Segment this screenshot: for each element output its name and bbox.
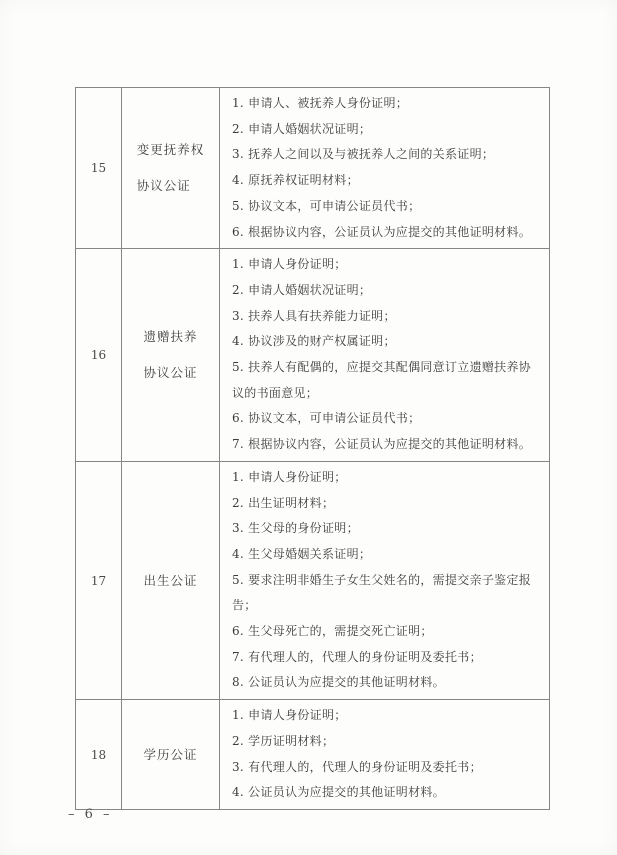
document-page: 15 变更抚养权协议公证 1. 申请人、被抚养人身份证明；2. 申请人婚姻状况证…	[0, 0, 617, 855]
material-item: 1. 申请人身份证明；	[232, 252, 543, 278]
notary-type-line: 变更抚养权	[137, 132, 205, 168]
material-item: 5. 要求注明非婚生子女生父姓名的，需提交亲子鉴定报告；	[232, 568, 543, 619]
notary-type-line: 协议公证	[137, 168, 205, 204]
material-item: 6. 根据协议内容，公证员认为应提交的其他证明材料。	[232, 220, 543, 246]
material-item: 3. 有代理人的，代理人的身份证明及委托书；	[232, 755, 543, 781]
table-row: 16 遗赠扶养协议公证 1. 申请人身份证明；2. 申请人婚姻状况证明；3. 扶…	[76, 249, 550, 462]
material-item: 6. 生父母死亡的，需提交死亡证明；	[232, 619, 543, 645]
notary-type: 出生公证	[122, 461, 220, 699]
material-item: 2. 出生证明材料；	[232, 491, 543, 517]
material-item: 2. 学历证明材料；	[232, 729, 543, 755]
required-materials: 1. 申请人身份证明；2. 学历证明材料；3. 有代理人的，代理人的身份证明及委…	[220, 700, 550, 810]
material-item: 2. 申请人婚姻状况证明；	[232, 117, 543, 143]
required-materials: 1. 申请人身份证明；2. 出生证明材料；3. 生父母的身份证明；4. 生父母婚…	[220, 461, 550, 699]
material-item: 1. 申请人身份证明；	[232, 465, 543, 491]
table-row: 18 学历公证 1. 申请人身份证明；2. 学历证明材料；3. 有代理人的，代理…	[76, 700, 550, 810]
material-item: 3. 抚养人之间以及与被抚养人之间的关系证明；	[232, 142, 543, 168]
material-item: 4. 原抚养权证明材料；	[232, 168, 543, 194]
required-materials: 1. 申请人、被抚养人身份证明；2. 申请人婚姻状况证明；3. 抚养人之间以及与…	[220, 88, 550, 249]
row-number: 17	[76, 461, 122, 699]
page-number: – 6 –	[68, 807, 113, 822]
material-item: 2. 申请人婚姻状况证明；	[232, 278, 543, 304]
row-number: 16	[76, 249, 122, 462]
notarization-requirements-table: 15 变更抚养权协议公证 1. 申请人、被抚养人身份证明；2. 申请人婚姻状况证…	[75, 87, 550, 810]
notary-type-line: 学历公证	[143, 737, 197, 773]
notary-type-line: 遗赠扶养	[143, 319, 197, 355]
material-item: 5. 扶养人有配偶的，应提交其配偶同意订立遗赠扶养协议的书面意见；	[232, 355, 543, 406]
notary-type: 变更抚养权协议公证	[122, 88, 220, 249]
material-item: 6. 协议文本，可申请公证员代书；	[232, 406, 543, 432]
material-item: 5. 协议文本，可申请公证员代书；	[232, 194, 543, 220]
material-item: 3. 扶养人具有扶养能力证明；	[232, 304, 543, 330]
material-item: 8. 公证员认为应提交的其他证明材料。	[232, 670, 543, 696]
material-item: 1. 申请人、被抚养人身份证明；	[232, 91, 543, 117]
notary-type-line: 出生公证	[143, 563, 197, 599]
notary-type-line: 协议公证	[143, 355, 197, 391]
row-number: 18	[76, 700, 122, 810]
table-row: 17 出生公证 1. 申请人身份证明；2. 出生证明材料；3. 生父母的身份证明…	[76, 461, 550, 699]
notary-type: 遗赠扶养协议公证	[122, 249, 220, 462]
row-number: 15	[76, 88, 122, 249]
material-item: 3. 生父母的身份证明；	[232, 516, 543, 542]
material-item: 7. 有代理人的，代理人的身份证明及委托书；	[232, 645, 543, 671]
notary-type: 学历公证	[122, 700, 220, 810]
material-item: 4. 协议涉及的财产权属证明；	[232, 329, 543, 355]
table-row: 15 变更抚养权协议公证 1. 申请人、被抚养人身份证明；2. 申请人婚姻状况证…	[76, 88, 550, 249]
material-item: 4. 公证员认为应提交的其他证明材料。	[232, 780, 543, 806]
required-materials: 1. 申请人身份证明；2. 申请人婚姻状况证明；3. 扶养人具有扶养能力证明；4…	[220, 249, 550, 462]
material-item: 7. 根据协议内容，公证员认为应提交的其他证明材料。	[232, 432, 543, 458]
material-item: 4. 生父母婚姻关系证明；	[232, 542, 543, 568]
material-item: 1. 申请人身份证明；	[232, 703, 543, 729]
